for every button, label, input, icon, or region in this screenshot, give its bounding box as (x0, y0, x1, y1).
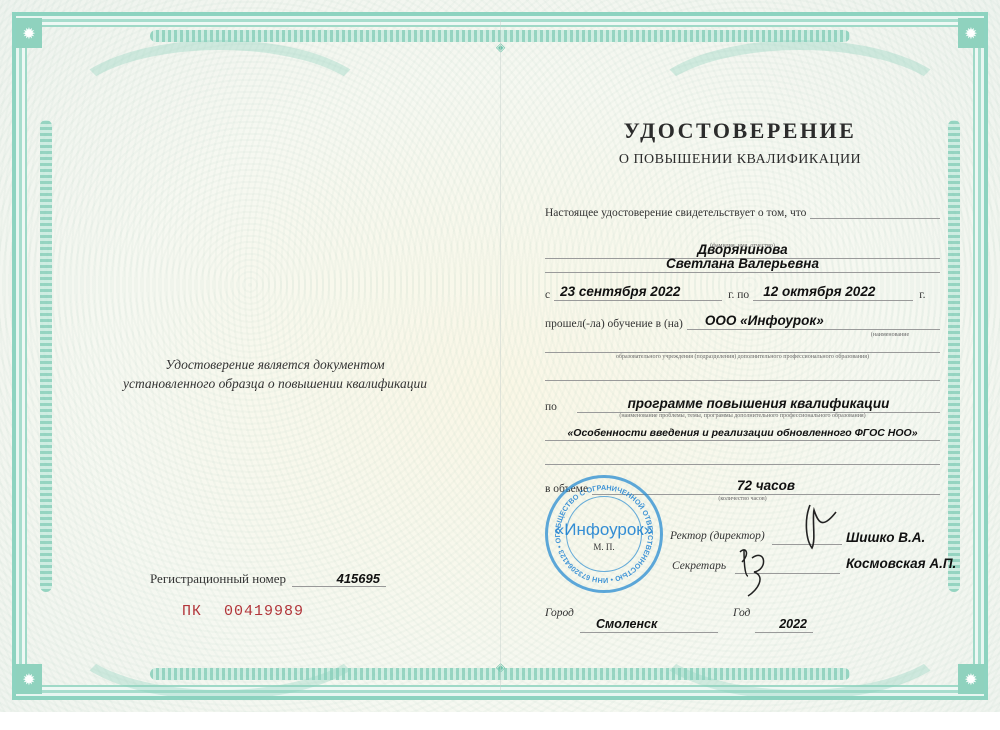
institution-row: прошел(-ла) обучение в (на) ООО «Инфоуро… (545, 313, 940, 330)
document-title: УДОСТОВЕРЕНИЕ (545, 118, 935, 144)
organization-stamp: ОБЩЕСТВО С ОГРАНИЧЕННОЙ ОТВЕТСТВЕННОСТЬЮ… (545, 475, 663, 593)
institution-line-2 (545, 340, 940, 353)
year-line: 2022 (755, 618, 813, 633)
corner-rosette-icon: ✹ (16, 664, 42, 694)
institution-line-3 (545, 368, 940, 381)
institution-line: ООО «Инфоурок» (687, 313, 940, 330)
certificate-sheet: ✹ ✹ ✹ ✹ ◈ ◈ Удостоверение является докум… (0, 0, 1000, 712)
registration-label: Регистрационный номер (150, 571, 286, 587)
institution-label: прошел(-ла) обучение в (на) (545, 318, 683, 330)
program-line: программе повышения квалификации (577, 396, 940, 413)
rector-name: Шишко В.А. (846, 530, 925, 545)
period-to-line: 12 октября 2022 (753, 284, 913, 301)
program-type: программе повышения квалификации (577, 396, 940, 411)
corner-rosette-icon: ✹ (16, 18, 42, 48)
period-suffix: г. (919, 289, 925, 301)
program-name: «Особенности введения и реализации обнов… (545, 427, 940, 439)
right-guilloche-band (948, 120, 960, 592)
serial-value: 00419989 (224, 603, 304, 620)
year-label: Год (733, 607, 750, 619)
secretary-label: Секретарь (672, 560, 726, 572)
validity-note: Удостоверение является документом устано… (120, 355, 430, 393)
intro-text: Настоящее удостоверение свидетельствует … (545, 207, 806, 219)
period-from-line: 23 сентября 2022 (554, 284, 722, 301)
registration-number: 415695 (292, 571, 386, 587)
period-to-prefix: г. по (728, 289, 749, 301)
left-guilloche-band (40, 120, 52, 592)
given-names: Светлана Валерьевна (545, 256, 940, 271)
rector-signature (800, 500, 840, 555)
given-names-line: Светлана Валерьевна (545, 255, 940, 273)
page-fold (500, 20, 501, 692)
validity-note-line: установленного образца о повышении квали… (120, 374, 430, 393)
serial-number: ПК00419989 (182, 603, 304, 620)
city-label: Город (545, 607, 574, 619)
period-from-prefix: с (545, 289, 550, 301)
program-name-line: «Особенности введения и реализации обнов… (545, 424, 940, 441)
registration-number-row: Регистрационный номер 415695 (150, 571, 386, 587)
program-hint: (наименование проблемы, темы, программы … (545, 413, 940, 419)
stamp-organization-name: «Инфоурок» (548, 520, 660, 540)
year: 2022 (779, 617, 807, 631)
corner-rosette-icon: ✹ (958, 664, 984, 694)
institution-hint: образовательного учреждения (подразделен… (545, 354, 940, 360)
program-row: по программе повышения квалификации (545, 396, 940, 413)
secretary-name: Космовская А.П. (846, 556, 956, 571)
period-from-date: 23 сентября 2022 (560, 284, 680, 299)
program-prefix: по (545, 401, 557, 413)
period-row: с 23 сентября 2022 г. по 12 октября 2022… (545, 284, 940, 301)
surname-hint: (фамилия, имя, отчество) (545, 243, 940, 249)
city: Смоленск (596, 617, 657, 631)
serial-prefix: ПК (182, 603, 202, 620)
secretary-signature (732, 540, 777, 600)
city-line: Смоленск (580, 618, 718, 633)
stamp-mp-label: М. П. (548, 542, 660, 552)
decorative-wave (60, 40, 380, 180)
intro-line (810, 202, 940, 219)
institution-hint: (наименование (850, 332, 930, 338)
document-subtitle: О ПОВЫШЕНИИ КВАЛИФИКАЦИИ (545, 152, 935, 168)
blank-line (545, 452, 940, 465)
institution-name: ООО «Инфоурок» (705, 313, 824, 328)
corner-rosette-icon: ✹ (958, 18, 984, 48)
period-to-date: 12 октября 2022 (763, 284, 875, 299)
intro-row: Настоящее удостоверение свидетельствует … (545, 202, 940, 219)
validity-note-line: Удостоверение является документом (120, 355, 430, 374)
